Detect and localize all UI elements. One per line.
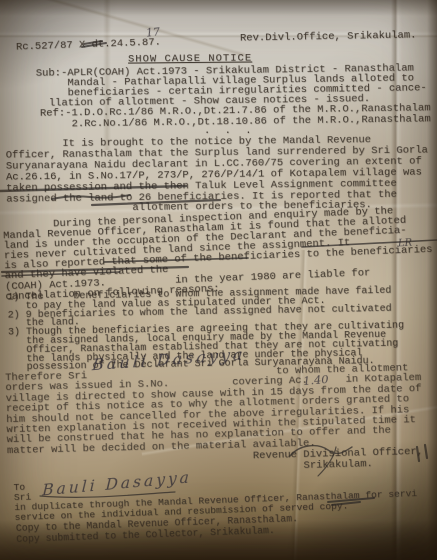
office-name: Rev.Divl.Office, Srikakulam. [240, 30, 417, 44]
handwritten-extent-value: 1.40 [302, 372, 329, 388]
reference-number: Rc.527/87 X dt.24.5.87. [16, 37, 161, 53]
document-photo: Rc.527/87 X dt.24.5.87. Rev.Divl.Office,… [0, 0, 437, 560]
paper: Rc.527/87 X dt.24.5.87. Rev.Divl.Office,… [0, 0, 437, 560]
subject-block: Sub:-APLR(COAH) Act.1973 - Srikakulam Di… [36, 63, 427, 108]
signature-block: Revenue Divisional Officer, Srikakulam. [253, 447, 424, 472]
document-title: SHOW CAUSE NOTICE [128, 53, 252, 65]
shadow-edge-top [0, 0, 437, 16]
handwritten-margin-note: LR [398, 238, 413, 250]
handwritten-date-note: 17 [145, 25, 160, 39]
therefore-paragraph: Therefore Sri to whom the allotmentorder… [5, 363, 423, 456]
paragraph-1: It is brought to the notice by the Manda… [6, 134, 429, 215]
